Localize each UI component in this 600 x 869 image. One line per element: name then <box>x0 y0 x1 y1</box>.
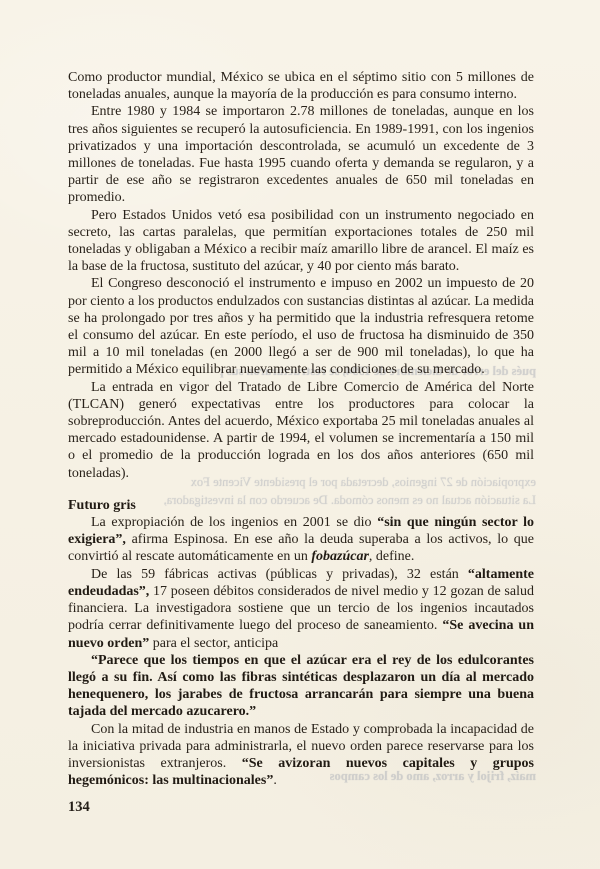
page-number: 134 <box>68 799 90 816</box>
text-segment: El Congreso desconoció el instrumento e … <box>68 276 534 377</box>
text-segment: afirma Espinosa. En ese año la deuda sup… <box>68 532 534 564</box>
text-segment: . <box>273 773 277 788</box>
text-column: Como productor mundial, México se ubica … <box>68 69 534 789</box>
paragraph: La entrada en vigor del Tratado de Libre… <box>68 379 534 482</box>
text-segment: para el sector, anticipa <box>149 636 278 651</box>
section-heading: Futuro gris <box>68 497 534 514</box>
text-segment: Entre 1980 y 1984 se importaron 2.78 mil… <box>68 104 534 205</box>
bold-text-segment: “Parece que los tiempos en que el azúcar… <box>68 653 534 720</box>
text-segment: Pero Estados Unidos vetó esa posibilidad… <box>68 208 534 275</box>
paragraph: Con la mitad de industria en manos de Es… <box>68 721 534 790</box>
scanned-page: pués del error de diciembre de 1994, se … <box>0 0 600 869</box>
paragraph: El Congreso desconoció el instrumento e … <box>68 275 534 378</box>
text-segment: De las 59 fábricas activas (públicas y p… <box>91 567 468 582</box>
paragraph: Como productor mundial, México se ubica … <box>68 69 534 103</box>
text-segment: , define. <box>369 549 414 564</box>
bold-text-segment: fobazúcar <box>311 549 369 564</box>
paragraph: La expropiación de los ingenios en 2001 … <box>68 514 534 566</box>
paragraph: De las 59 fábricas activas (públicas y p… <box>68 566 534 652</box>
paragraph: Entre 1980 y 1984 se importaron 2.78 mil… <box>68 103 534 206</box>
paragraph: “Parece que los tiempos en que el azúcar… <box>68 652 534 721</box>
text-segment: La entrada en vigor del Tratado de Libre… <box>68 380 534 481</box>
text-segment: La expropiación de los ingenios en 2001 … <box>91 515 377 530</box>
text-segment: Como productor mundial, México se ubica … <box>68 70 534 102</box>
paragraph: Pero Estados Unidos vetó esa posibilidad… <box>68 207 534 276</box>
